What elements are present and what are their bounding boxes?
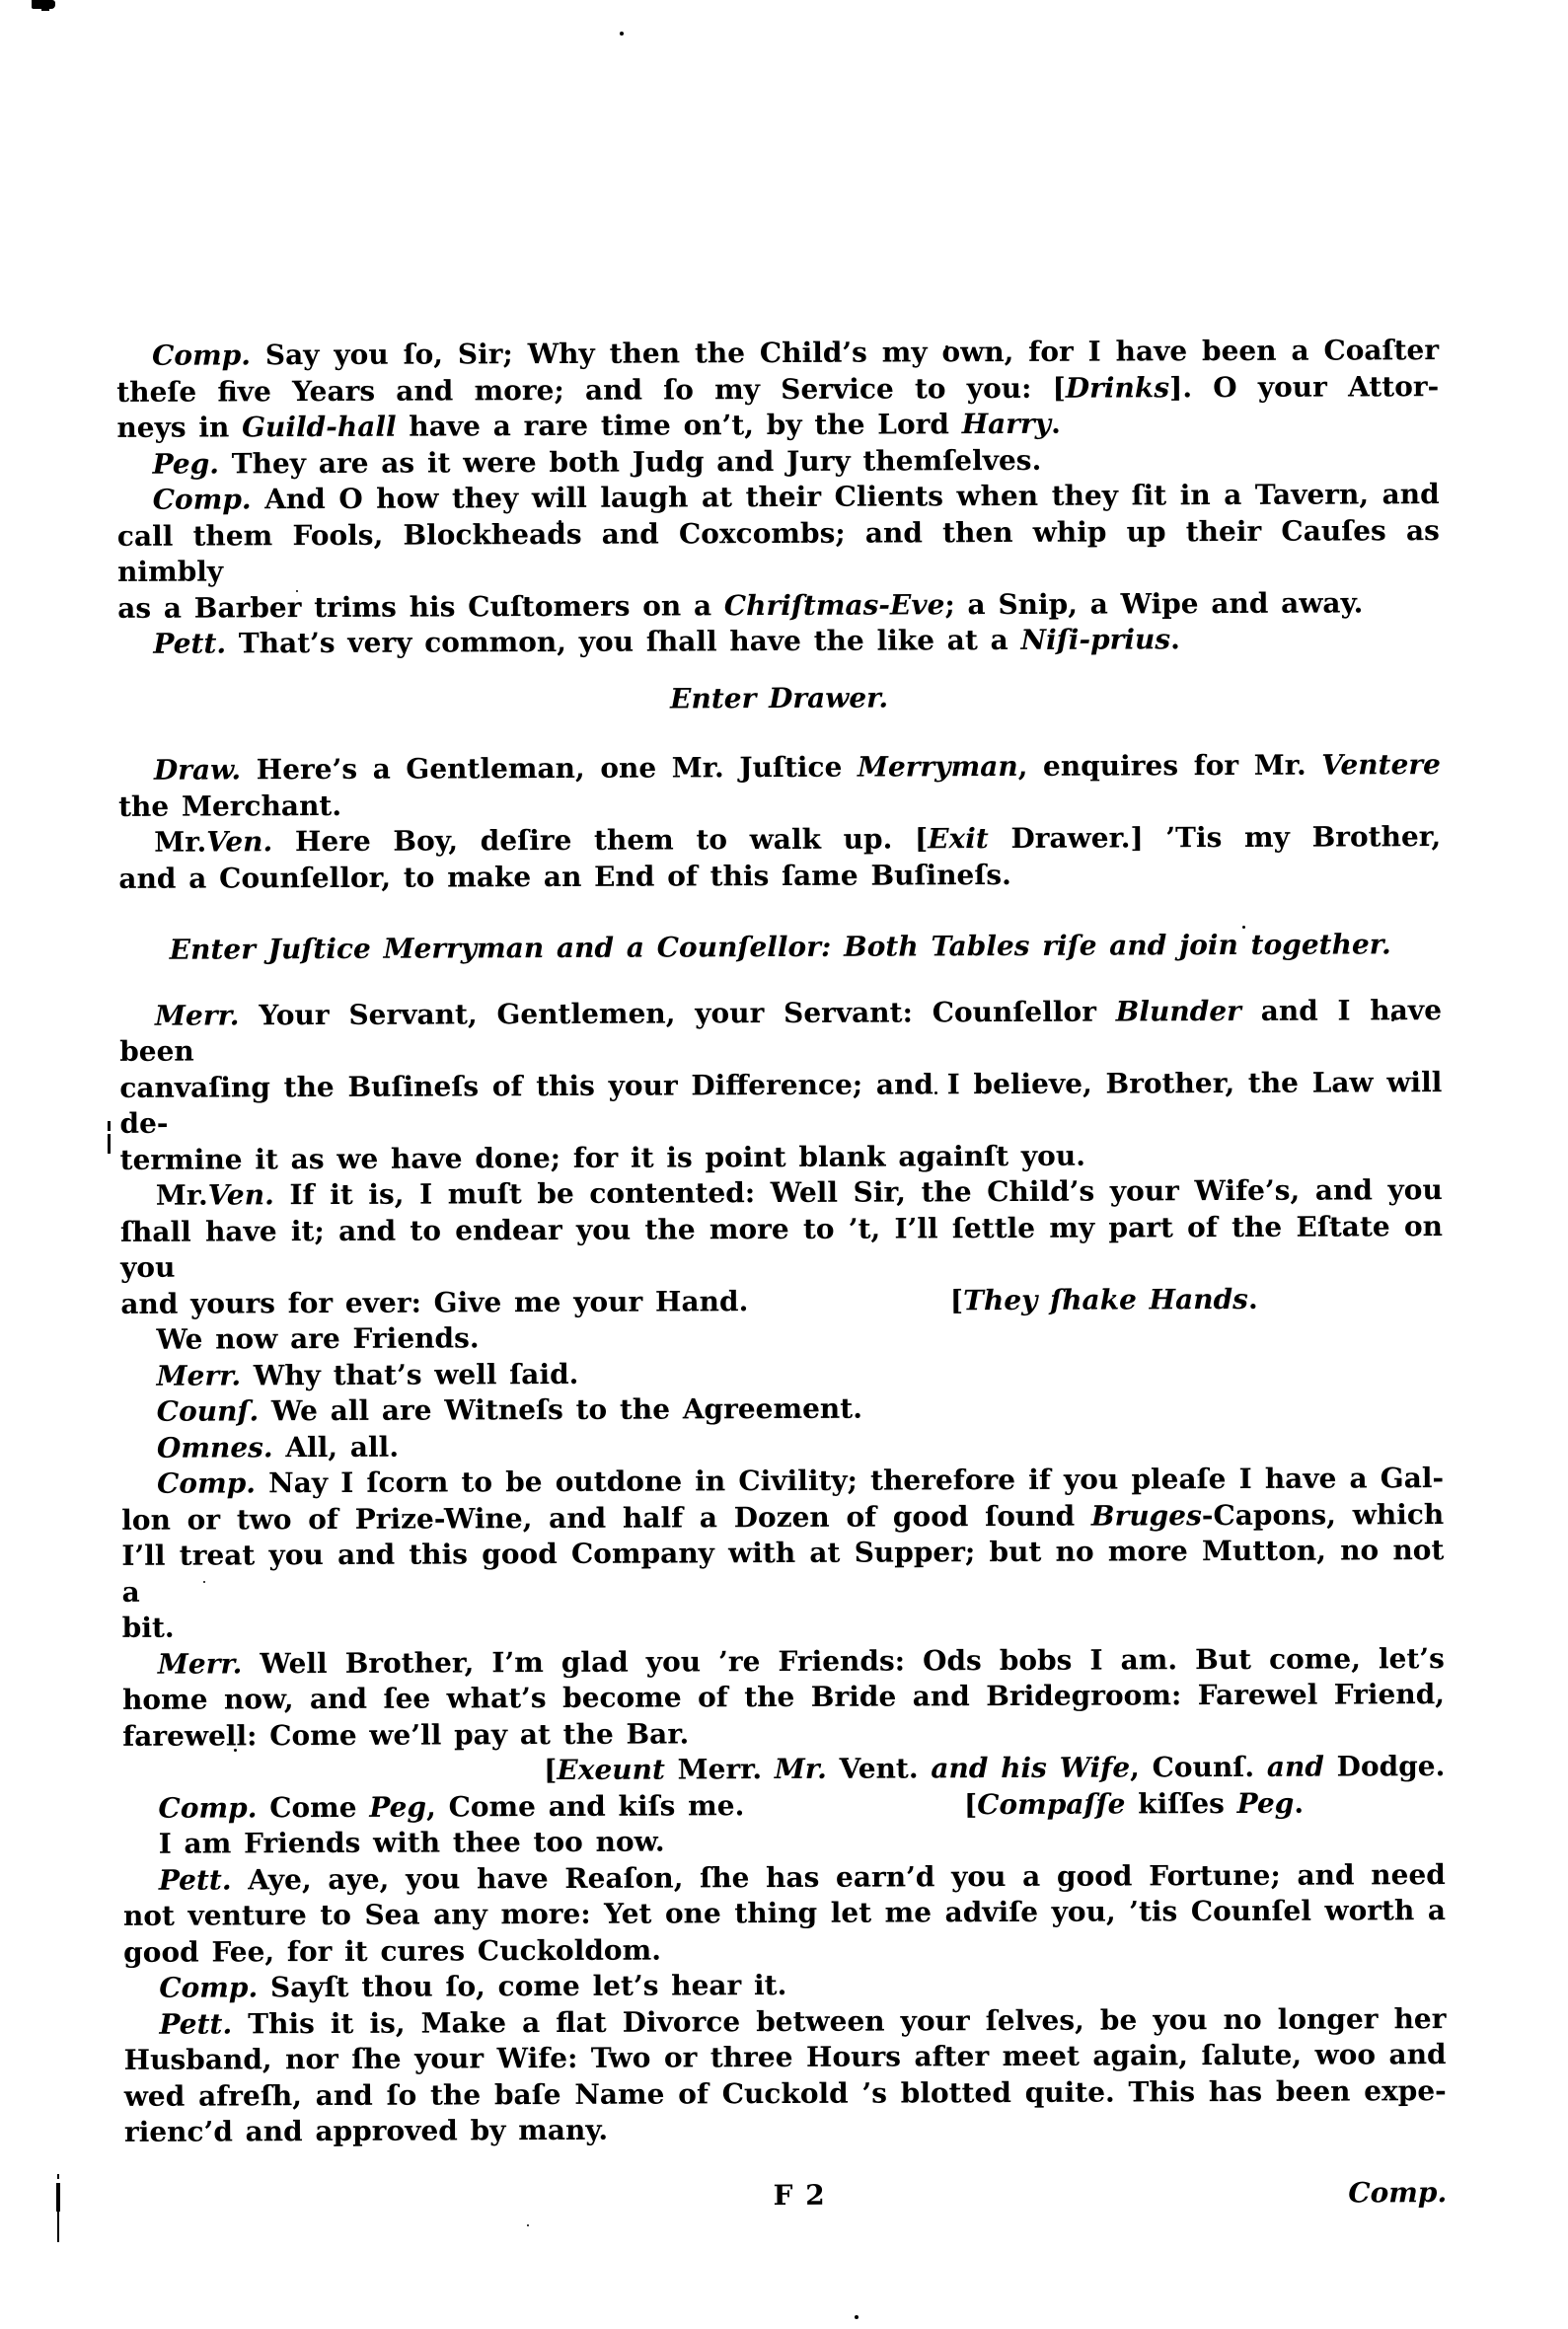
italic-text: They ſhake Hands — [963, 1282, 1248, 1315]
scan-speck — [234, 1749, 237, 1752]
text-line: bit. — [122, 1605, 1445, 1646]
text-line: Husband, nor ſhe your Wife: Two or three… — [124, 2037, 1447, 2078]
text: I’ll treat you and this good Company wit… — [121, 1534, 1444, 1608]
speech-merr-well-said: Merr. Why that’s well ſaid. — [121, 1353, 1444, 1394]
line-text: rienc’d and approved by many. — [124, 2114, 608, 2148]
scanned-play-page: Comp. Say you ſo, Sir; Why then the Chil… — [0, 0, 1568, 2329]
italic-text: Comp. — [153, 483, 252, 515]
text-line: ſhall have it; and to endear you the mor… — [120, 1209, 1443, 1287]
text: Sayſt thou ſo, come let’s hear it. — [258, 1969, 786, 2003]
italic-text: Harry — [962, 408, 1052, 440]
text-line: We now are Friends. — [120, 1316, 1443, 1358]
text-line: Mr.Ven. If it is, I muſt be contented: W… — [120, 1172, 1443, 1214]
text: have a rare time on’t, by the Lord — [397, 408, 962, 443]
line-text: lon or two of Prize-Wine, and half a Doz… — [121, 1498, 1444, 1537]
text: This it is, Make a flat Divorce between … — [232, 2002, 1446, 2040]
italic-text: Exit — [928, 822, 989, 855]
text: That’s very common, you ſhall have the l… — [226, 624, 1021, 660]
text: . — [1294, 1786, 1304, 1819]
text-line: Comp. Come Peg, Come and kiſs me.[Compaſ… — [122, 1785, 1445, 1827]
text: lon or two of Prize-Wine, and half a Doz… — [121, 1499, 1091, 1536]
text: ſhall have it; and to endear you the mor… — [120, 1210, 1443, 1284]
line-text: Merr. Your Servant, Gentlemen, your Serv… — [119, 994, 1442, 1068]
text: Your Servant, Gentlemen, your Servant: C… — [239, 995, 1115, 1031]
italic-text: Compaſſe — [977, 1787, 1125, 1821]
line-text: I’ll treat you and this good Company wit… — [121, 1534, 1444, 1608]
text-line: call them Fools, Blockheads and Coxcombs… — [117, 513, 1440, 591]
signature-mark: F 2 — [773, 2177, 824, 2214]
line-text: Comp. Come Peg, Come and kiſs me. — [158, 1788, 744, 1827]
line-text: Enter Drawer. — [670, 681, 888, 714]
text: ; a Snip, a Wipe and away. — [944, 586, 1363, 621]
text-line: Merr. Well Brother, I’m glad you ’re Fri… — [122, 1641, 1445, 1683]
text-line: lon or two of Prize-Wine, and half a Doz… — [121, 1497, 1444, 1539]
italic-text: Ven. — [208, 1178, 274, 1211]
line-text: Pett. That’s very common, you ſhall have… — [153, 623, 1180, 660]
stage-direction-enter-merryman: Enter Juſtice Merryman and a Counſellor:… — [119, 927, 1442, 968]
text: ]. O your Attor- — [1169, 370, 1439, 404]
line-text: home now, and ſee what’s become of the B… — [122, 1678, 1445, 1716]
speech-comp-kiss: Comp. Come Peg, Come and kiſs me.[Compaſ… — [122, 1785, 1445, 1827]
text-line: Comp. And O how they will laugh at their… — [117, 477, 1440, 518]
line-text: Mr.Ven. Here Boy, deſire them to walk up… — [154, 820, 1441, 859]
text: kiſſes — [1125, 1786, 1236, 1819]
line-text: Comp. And O how they will laugh at their… — [153, 478, 1440, 516]
ink-blob-top-left — [32, 0, 55, 9]
text-line: Comp. Nay I ſcorn to be outdone in Civil… — [121, 1461, 1444, 1502]
speech-we-now-are-friends: We now are Friends. — [120, 1316, 1443, 1358]
line-text: Merr. Well Brother, I’m glad you ’re Fri… — [158, 1642, 1445, 1681]
scan-speck — [620, 32, 624, 36]
line-text: Comp. Say you ſo, Sir; Why then the Chil… — [152, 334, 1439, 372]
italic-text: Pett. — [159, 2007, 232, 2040]
scan-speck — [559, 520, 561, 523]
italic-text: Guild-hall — [242, 411, 397, 444]
text-line: theſe five Years and more; and ſo my Ser… — [116, 369, 1439, 411]
text: call them Fools, Blockheads and Coxcombs… — [117, 514, 1440, 588]
line-text: wed afreſh, and ſo the baſe Name of Cuck… — [124, 2074, 1447, 2113]
text-line: as a Barber trims his Cuſtomers on a Chr… — [117, 585, 1440, 627]
line-text: the Merchant. — [118, 789, 341, 822]
line-text: Pett. This it is, Make a flat Divorce be… — [159, 2002, 1446, 2041]
scan-speck — [934, 1091, 937, 1094]
speech-ven-contented: Mr.Ven. If it is, I muſt be contented: W… — [120, 1172, 1444, 1322]
italic-text: Peg — [369, 1790, 426, 1823]
text: Vent. — [827, 1752, 932, 1784]
text-block: Comp. Say you ſo, Sir; Why then the Chil… — [116, 333, 1447, 2219]
text: . — [1170, 623, 1180, 655]
scan-speck — [296, 590, 298, 592]
text: If it is, I muſt be contented: Well Sir,… — [274, 1173, 1443, 1211]
text: [ — [544, 1754, 557, 1786]
text: not venture to Sea any more: Yet one thi… — [123, 1894, 1446, 1932]
text-line: Comp. Say you ſo, Sir; Why then the Chil… — [116, 333, 1439, 374]
text-line: I am Friends with thee too now. — [123, 1821, 1446, 1862]
line-text: I am Friends with thee too now. — [159, 1826, 665, 1860]
text: I am Friends with thee too now. — [159, 1826, 665, 1860]
text: theſe five Years and more; and ſo my Ser… — [116, 371, 1066, 408]
italic-text: Omnes. — [157, 1431, 273, 1465]
italic-text: Niſi-prius — [1020, 623, 1170, 656]
text-line: home now, and ſee what’s become of the B… — [122, 1677, 1445, 1718]
speech-omnes: Omnes. All, all. — [121, 1425, 1444, 1466]
text: , Counſ. — [1130, 1751, 1267, 1784]
italic-text: and his Wife — [931, 1751, 1130, 1784]
speech-ven-here-boy: Mr.Ven. Here Boy, deſire them to walk up… — [118, 819, 1441, 897]
line-text: Mr.Ven. If it is, I muſt be contented: W… — [156, 1173, 1443, 1212]
scan-speck — [945, 345, 948, 348]
speech-peg: Peg. They are as it were both Judg and J… — [116, 441, 1439, 483]
text: farewell: Come we’ll pay at the Bar. — [122, 1717, 689, 1753]
text-line: Merr. Your Servant, Gentlemen, your Serv… — [119, 993, 1442, 1071]
line-text: theſe five Years and more; and ſo my Ser… — [116, 370, 1439, 409]
italic-text: Pett. — [153, 627, 226, 659]
italic-text: Peg — [1237, 1786, 1295, 1819]
italic-text: Comp. — [152, 338, 251, 371]
speech-pett-advice: Pett. Aye, aye, you have Reaſon, ſhe has… — [123, 1857, 1446, 1971]
italic-text: Bruges — [1091, 1499, 1202, 1532]
text: the Merchant. — [118, 789, 341, 822]
text-line: Counſ. We all are Witneſs to the Agreeme… — [121, 1389, 1444, 1430]
text-line: Merr. Why that’s well ſaid. — [121, 1353, 1444, 1394]
text-line: the Merchant. — [118, 784, 1441, 825]
line-text: Pett. Aye, aye, you have Reaſon, ſhe has… — [159, 1858, 1446, 1897]
text: We all are Witneſs to the Agreement. — [259, 1392, 862, 1428]
line-text: not venture to Sea any more: Yet one thi… — [123, 1894, 1446, 1932]
scan-speck — [527, 2224, 529, 2226]
line-text: Merr. Why that’s well ſaid. — [157, 1357, 579, 1391]
text: home now, and ſee what’s become of the B… — [122, 1678, 1445, 1716]
italic-text: Merr. — [157, 1359, 242, 1391]
text: We now are Friends. — [156, 1321, 479, 1355]
text: Merr. — [665, 1753, 775, 1785]
italic-text: Merryman — [858, 750, 1018, 784]
text: wed afreſh, and ſo the baſe Name of Cuck… — [124, 2074, 1447, 2113]
italic-text: Merr. — [155, 999, 240, 1031]
italic-text: Ven. — [206, 825, 272, 858]
text: Why that’s well ſaid. — [241, 1357, 578, 1390]
text: rienc’d and approved by many. — [124, 2114, 608, 2148]
text: -Capons, which — [1202, 1498, 1445, 1532]
page-footer: F 2Comp. — [124, 2175, 1447, 2220]
text: Husband, nor ſhe your Wife: Two or three… — [124, 2038, 1447, 2076]
text: They are as it were both Judg and Jury t… — [219, 443, 1041, 480]
speech-merr-glad: Merr. Well Brother, I’m glad you ’re Fri… — [122, 1641, 1445, 1755]
speech-pett-nisi-prius: Pett. That’s very common, you ſhall have… — [117, 621, 1440, 662]
text-line: Omnes. All, all. — [121, 1425, 1444, 1466]
italic-text: Blunder — [1116, 994, 1241, 1027]
text-line: termine it as we have done; for it is po… — [120, 1137, 1443, 1178]
text: good Fee, for it cures Cuckoldom. — [123, 1933, 661, 1968]
text: And O how they will laugh at their Clien… — [252, 478, 1440, 515]
text: Mr. — [156, 1179, 208, 1212]
scan-speck — [831, 347, 834, 350]
italic-text: Comp. — [158, 1791, 257, 1824]
line-text: [Exeunt Merr. Mr. Vent. and his Wife, Co… — [544, 1750, 1445, 1786]
text: [ — [964, 1788, 977, 1821]
line-text: and yours for ever: Give me your Hand. — [120, 1284, 748, 1322]
text: , Come and kiſs me. — [426, 1789, 744, 1823]
scan-speck — [1242, 926, 1245, 929]
speech-drawer: Draw. Here’s a Gentleman, one Mr. Juſtic… — [118, 747, 1441, 825]
italic-text: Pett. — [159, 1863, 232, 1896]
text: Say you ſo, Sir; Why then the Child’s my… — [251, 334, 1439, 371]
line-text: We now are Friends. — [156, 1321, 479, 1355]
text: bit. — [122, 1612, 175, 1644]
text: Nay I ſcorn to be outdone in Civility; t… — [256, 1462, 1444, 1499]
text: canvaſing the Buſineſs of this your Diff… — [119, 1066, 1442, 1140]
italic-text: and — [1267, 1751, 1324, 1783]
text: and a Counſellor, to make an End of this… — [118, 858, 1011, 894]
text: as a Barber trims his Cuſtomers on a — [117, 589, 724, 625]
italic-text: Mr. — [775, 1753, 827, 1785]
stage-direction-line: Enter Drawer. — [118, 678, 1441, 719]
text: [ — [950, 1284, 963, 1316]
line-text: Peg. They are as it were both Judg and J… — [152, 443, 1041, 480]
italic-text: Enter Drawer. — [670, 681, 888, 714]
text-line: Pett. This it is, Make a flat Divorce be… — [123, 2001, 1446, 2043]
italic-text: Comp. — [157, 1466, 256, 1499]
speech-merr-servant: Merr. Your Servant, Gentlemen, your Serv… — [119, 993, 1443, 1178]
line-text: good Fee, for it cures Cuckoldom. — [123, 1933, 661, 1968]
line-text: neys in Guild-hall have a rare time on’t… — [116, 408, 1061, 444]
text-line: canvaſing the Buſineſs of this your Diff… — [119, 1065, 1442, 1143]
text-line: neys in Guild-hall have a rare time on’t… — [116, 405, 1439, 446]
line-text: termine it as we have done; for it is po… — [120, 1139, 1085, 1175]
text-line: farewell: Come we’ll pay at the Bar. — [122, 1713, 1445, 1755]
speech-comp-civility: Comp. Nay I ſcorn to be outdone in Civil… — [121, 1461, 1445, 1646]
line-text: canvaſing the Buſineſs of this your Diff… — [119, 1066, 1442, 1140]
text: Drawer.] ’Tis my Brother, — [989, 820, 1442, 855]
text-line: Pett. That’s very common, you ſhall have… — [117, 621, 1440, 662]
margin-line-bottom-dot — [57, 2174, 59, 2179]
text: neys in — [116, 411, 242, 444]
speech-pett-divorce: Pett. This it is, Make a flat Divorce be… — [123, 2001, 1447, 2151]
text-line: wed afreſh, and ſo the baſe Name of Cuck… — [124, 2073, 1447, 2115]
italic-text: Ventere — [1321, 748, 1441, 782]
text: Aye, aye, you have Reaſon, ſhe has earn’… — [231, 1858, 1445, 1896]
speech-couns-witness: Counſ. We all are Witneſs to the Agreeme… — [121, 1389, 1444, 1430]
line-text: Counſ. We all are Witneſs to the Agreeme… — [157, 1392, 862, 1428]
bracketed-stage-direction: [Compaſſe kiſſes Peg. — [964, 1785, 1304, 1823]
text: All, all. — [273, 1430, 400, 1464]
text: Come — [257, 1790, 369, 1823]
text: termine it as we have done; for it is po… — [120, 1139, 1085, 1175]
scan-speck — [1391, 1018, 1394, 1021]
text-line: Pett. Aye, aye, you have Reaſon, ſhe has… — [123, 1857, 1446, 1899]
speech-comp-friends-too: I am Friends with thee too now. — [123, 1821, 1446, 1862]
text: Dodge. — [1324, 1750, 1446, 1783]
scan-speck — [203, 1581, 205, 1583]
text-line: rienc’d and approved by many. — [124, 2109, 1447, 2150]
line-text: Draw. Here’s a Gentleman, one Mr. Juſtic… — [154, 748, 1441, 787]
catchword: Comp. — [1348, 2175, 1447, 2212]
text-line: good Fee, for it cures Cuckoldom. — [123, 1929, 1446, 1971]
line-text: Omnes. All, all. — [157, 1430, 399, 1464]
line-text: Comp. Nay I ſcorn to be outdone in Civil… — [157, 1462, 1444, 1500]
italic-text: Draw. — [154, 753, 241, 786]
line-text: Comp. Sayſt thou ſo, come let’s hear it. — [159, 1969, 786, 2004]
line-text: bit. — [122, 1612, 175, 1644]
italic-text: Comp. — [159, 1971, 258, 2003]
text-line: not venture to Sea any more: Yet one thi… — [123, 1893, 1446, 1934]
text: , enquires for Mr. — [1018, 749, 1322, 783]
stage-direction-line: [Exeunt Merr. Mr. Vent. and his Wife, Co… — [122, 1749, 1445, 1790]
italic-text: Enter Juſtice Merryman and a Counſellor:… — [170, 928, 1391, 965]
text: Here Boy, deſire them to walk up. [ — [272, 822, 928, 858]
line-text: and a Counſellor, to make an End of this… — [118, 858, 1011, 894]
italic-text: Chriſtmas-Eve — [724, 588, 945, 622]
line-text: Husband, nor ſhe your Wife: Two or three… — [124, 2038, 1447, 2076]
italic-text: Merr. — [158, 1647, 243, 1680]
text-line: Mr.Ven. Here Boy, deſire them to walk up… — [118, 819, 1441, 861]
line-text: call them Fools, Blockheads and Coxcombs… — [117, 514, 1440, 588]
margin-line-bottom-thick — [56, 2183, 60, 2212]
text: Well Brother, I’m glad you ’re Friends: … — [242, 1642, 1445, 1680]
italic-text: Drinks — [1066, 371, 1169, 404]
stage-direction-line: Enter Juſtice Merryman and a Counſellor:… — [119, 927, 1442, 968]
text-line: I’ll treat you and this good Company wit… — [121, 1533, 1444, 1611]
text-line: Draw. Here’s a Gentleman, one Mr. Juſtic… — [118, 747, 1441, 789]
scan-speck — [855, 2315, 859, 2319]
italic-text: Peg. — [152, 447, 219, 480]
line-text: as a Barber trims his Cuſtomers on a Chr… — [117, 586, 1363, 625]
text-line: Peg. They are as it were both Judg and J… — [116, 441, 1439, 483]
italic-text: Exeunt — [557, 1754, 665, 1786]
margin-line-bottom-thin — [57, 2212, 59, 2242]
line-text: farewell: Come we’ll pay at the Bar. — [122, 1717, 689, 1753]
speech-comp-laugh: Comp. And O how they will laugh at their… — [117, 477, 1441, 627]
margin-mark-left — [108, 1121, 111, 1154]
italic-text: Counſ. — [157, 1394, 260, 1427]
text: . — [1248, 1282, 1258, 1315]
text-line: and yours for ever: Give me your Hand.[T… — [120, 1281, 1443, 1322]
line-text: ſhall have it; and to endear you the mor… — [120, 1210, 1443, 1284]
stage-direction-exeunt: [Exeunt Merr. Mr. Vent. and his Wife, Co… — [122, 1749, 1445, 1790]
stage-direction-enter-drawer: Enter Drawer. — [118, 678, 1441, 719]
text: and yours for ever: Give me your Hand. — [120, 1285, 748, 1320]
text: Here’s a Gentleman, one Mr. Juſtice — [241, 751, 858, 787]
text-line: and a Counſellor, to make an End of this… — [118, 856, 1441, 897]
text: Mr. — [154, 826, 206, 859]
bracketed-stage-direction: [They ſhake Hands. — [950, 1281, 1258, 1318]
speech-comp-coaster: Comp. Say you ſo, Sir; Why then the Chil… — [116, 333, 1439, 446]
line-text: Enter Juſtice Merryman and a Counſellor:… — [170, 928, 1391, 965]
speech-comp-sayst: Comp. Sayſt thou ſo, come let’s hear it. — [123, 1965, 1446, 2006]
text: . — [1051, 408, 1061, 440]
text-line: Comp. Sayſt thou ſo, come let’s hear it. — [123, 1965, 1446, 2006]
